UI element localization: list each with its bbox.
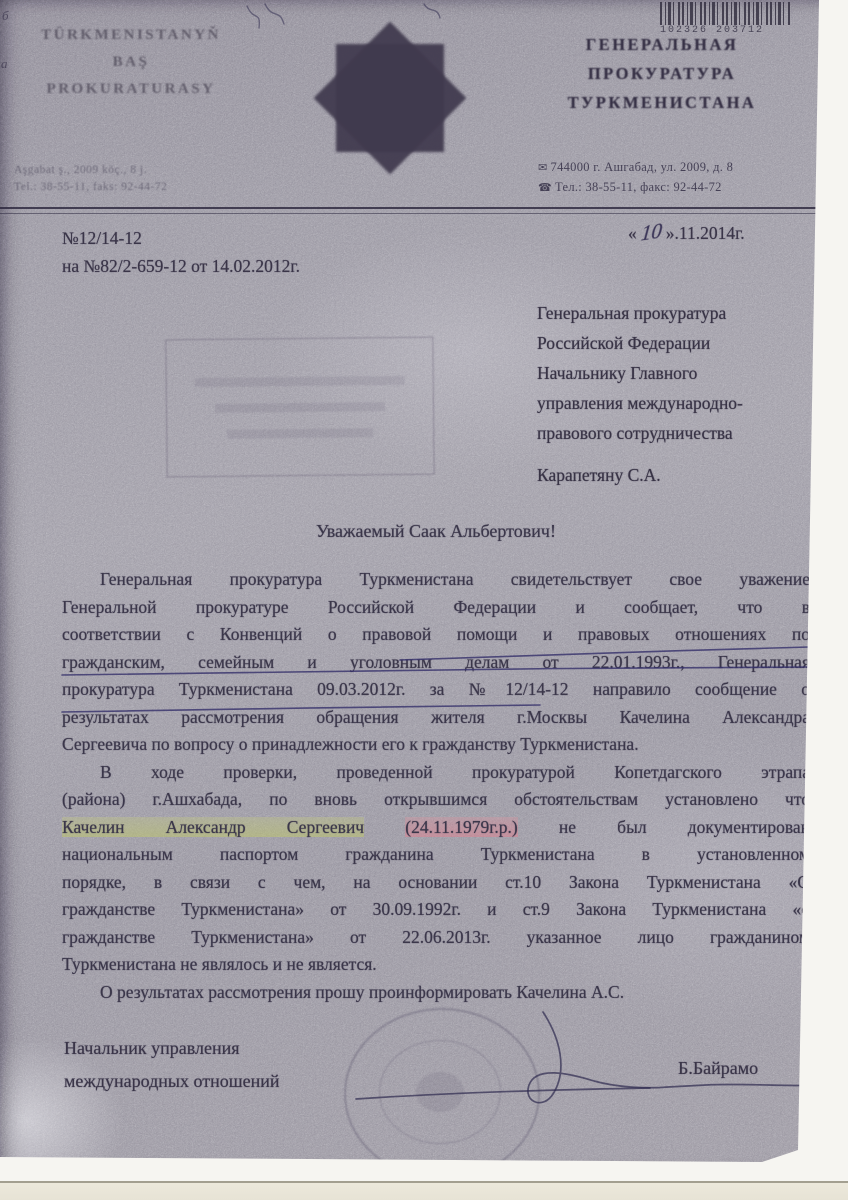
p2-line: (района) г.Ашхабада, по вновь открывшимс…: [62, 786, 810, 814]
p2-line: гражданстве Туркменистана» от 30.09.1992…: [62, 896, 810, 924]
org-name-russian: ГЕНЕРАЛЬНАЯ ПРОКУРАТУРА ТУРКМЕНИСТАНА: [546, 30, 778, 117]
emblem-square: [336, 44, 444, 152]
p1-line: соответствии с Конвенций о правовой помо…: [62, 621, 810, 649]
date-open-quote: «: [628, 223, 637, 243]
p1-line: результатах рассмотрения обращения жител…: [62, 704, 810, 732]
org-russian-line: ПРОКУРАТУРА: [546, 59, 778, 88]
contacts-turkmen-address: Aşgabat ş., 2009 köç., 8 j.: [14, 162, 167, 179]
signer-name: Б.Байрамо: [678, 1058, 758, 1079]
recipient-line: Начальнику Главного: [537, 358, 815, 388]
barcode-bars: [660, 2, 790, 25]
recipient-block: Генеральная прокуратура Российской Федер…: [537, 298, 815, 490]
emblem-square-rotated: [314, 22, 467, 175]
recipient-line: правового сотрудничества: [537, 418, 815, 448]
scanner-background-strip: [0, 1183, 848, 1200]
org-turkmen-line: BAŞ: [6, 49, 256, 76]
p2-line: Туркменистана не являлось и не является.: [62, 951, 810, 979]
letter-body: Генеральная прокуратура Туркменистана св…: [62, 566, 810, 1006]
p1-line: гражданским, семейным и уголовным делам …: [62, 649, 810, 677]
recipient-line: управления международно-: [537, 388, 815, 418]
signer-title-line: Начальник управления: [64, 1032, 279, 1065]
highlighted-birthdate: (24.11.1979г.р.): [405, 817, 517, 837]
stamp-faint-line: [215, 402, 385, 413]
stamp-faint-line: [227, 428, 373, 439]
barcode-digits: 102326 203712: [660, 25, 792, 36]
p2-line: порядке, в связи с чем, на основании ст.…: [62, 869, 810, 897]
p1-line: Генеральной прокуратуре Российской Федер…: [62, 594, 810, 622]
contacts-turkmen-phone: Tel.: 38-55-11, faks: 92-44-72: [14, 179, 167, 196]
p2-line: национальным паспортом гражданина Туркме…: [62, 841, 810, 869]
envelope-icon: ✉: [538, 162, 548, 174]
p1-line: Генеральная прокуратура Туркменистана св…: [62, 566, 810, 594]
date-rest: ».11.2014г.: [666, 223, 745, 243]
recipient-line: Генеральная прокуратура: [537, 298, 815, 328]
org-turkmen-line: PROKURATURASY: [6, 76, 256, 103]
round-stamp-core: [416, 1072, 464, 1112]
reply-reference: на №82/2-659-12 от 14.02.2012г.: [62, 252, 300, 280]
letter-date: «10».11.2014г.: [628, 220, 843, 245]
signer-title-line: международных отношений: [64, 1065, 279, 1098]
phone-text: Тел.: 38-55-11, факс: 92-44-72: [555, 180, 722, 194]
signer-title: Начальник управления международных отнош…: [64, 1032, 279, 1098]
edge-pen-mark: а: [1, 56, 8, 72]
highlighted-person-name: Качелин Александр Сергеевич: [62, 817, 364, 837]
org-name-turkmen: TÜRKMENISTANYŇ BAŞ PROKURATURASY: [6, 22, 256, 103]
salutation: Уважаемый Саак Альбертович!: [62, 521, 810, 542]
round-stamp: [344, 1008, 540, 1168]
recipient-line: Российской Федерации: [537, 328, 815, 358]
outgoing-number: №12/14-12: [62, 224, 300, 252]
org-turkmen-line: TÜRKMENISTANYŇ: [6, 22, 256, 49]
p1-line: Сергеевича по вопросу о принадлежности е…: [62, 731, 810, 759]
address-text: 744000 г. Ашгабад, ул. 2009, д. 8: [551, 160, 734, 174]
org-russian-line: ТУРКМЕНИСТАНА: [546, 88, 778, 117]
p2-line: В ходе проверки, проведенной прокуратуро…: [62, 759, 810, 787]
letterhead-divider-rule: [0, 207, 818, 214]
document-scan: TÜRKMENISTANYŇ BAŞ PROKURATURASY ГЕНЕРАЛ…: [0, 0, 848, 1168]
p3-line: О результатах рассмотрения прошу проинфо…: [62, 979, 810, 1007]
reference-block: №12/14-12 на №82/2-659-12 от 14.02.2012г…: [62, 224, 300, 280]
contacts-turkmen: Aşgabat ş., 2009 köç., 8 j. Tel.: 38-55-…: [14, 162, 167, 196]
p2-line: гражданстве Туркменистана» от 22.06.2013…: [62, 924, 810, 952]
handwritten-day: 10: [636, 218, 667, 248]
p2-line-text: не был документирован: [559, 817, 810, 837]
edge-pen-mark: б: [2, 8, 9, 24]
pen-scribble-top-3: [424, 4, 440, 18]
p1-line: прокуратура Туркменистана 09.03.2012г. з…: [62, 676, 810, 704]
pen-scribble-top-2: [265, 4, 284, 24]
recipient-name: Карапетяну С.А.: [537, 460, 815, 490]
stamp-faint-line: [195, 376, 405, 387]
contacts-russian: ✉744000 г. Ашгабад, ул. 2009, д. 8 ☎Тел.…: [538, 158, 733, 198]
rectangular-stamp: [165, 337, 434, 478]
contacts-russian-address: ✉744000 г. Ашгабад, ул. 2009, д. 8: [538, 158, 733, 178]
phone-icon: ☎: [538, 182, 552, 194]
p2-line-highlighted: Качелин Александр Сергеевич (24.11.1979г…: [62, 814, 810, 842]
contacts-russian-phone: ☎Тел.: 38-55-11, факс: 92-44-72: [538, 178, 733, 198]
barcode: 102326 203712: [660, 2, 792, 36]
